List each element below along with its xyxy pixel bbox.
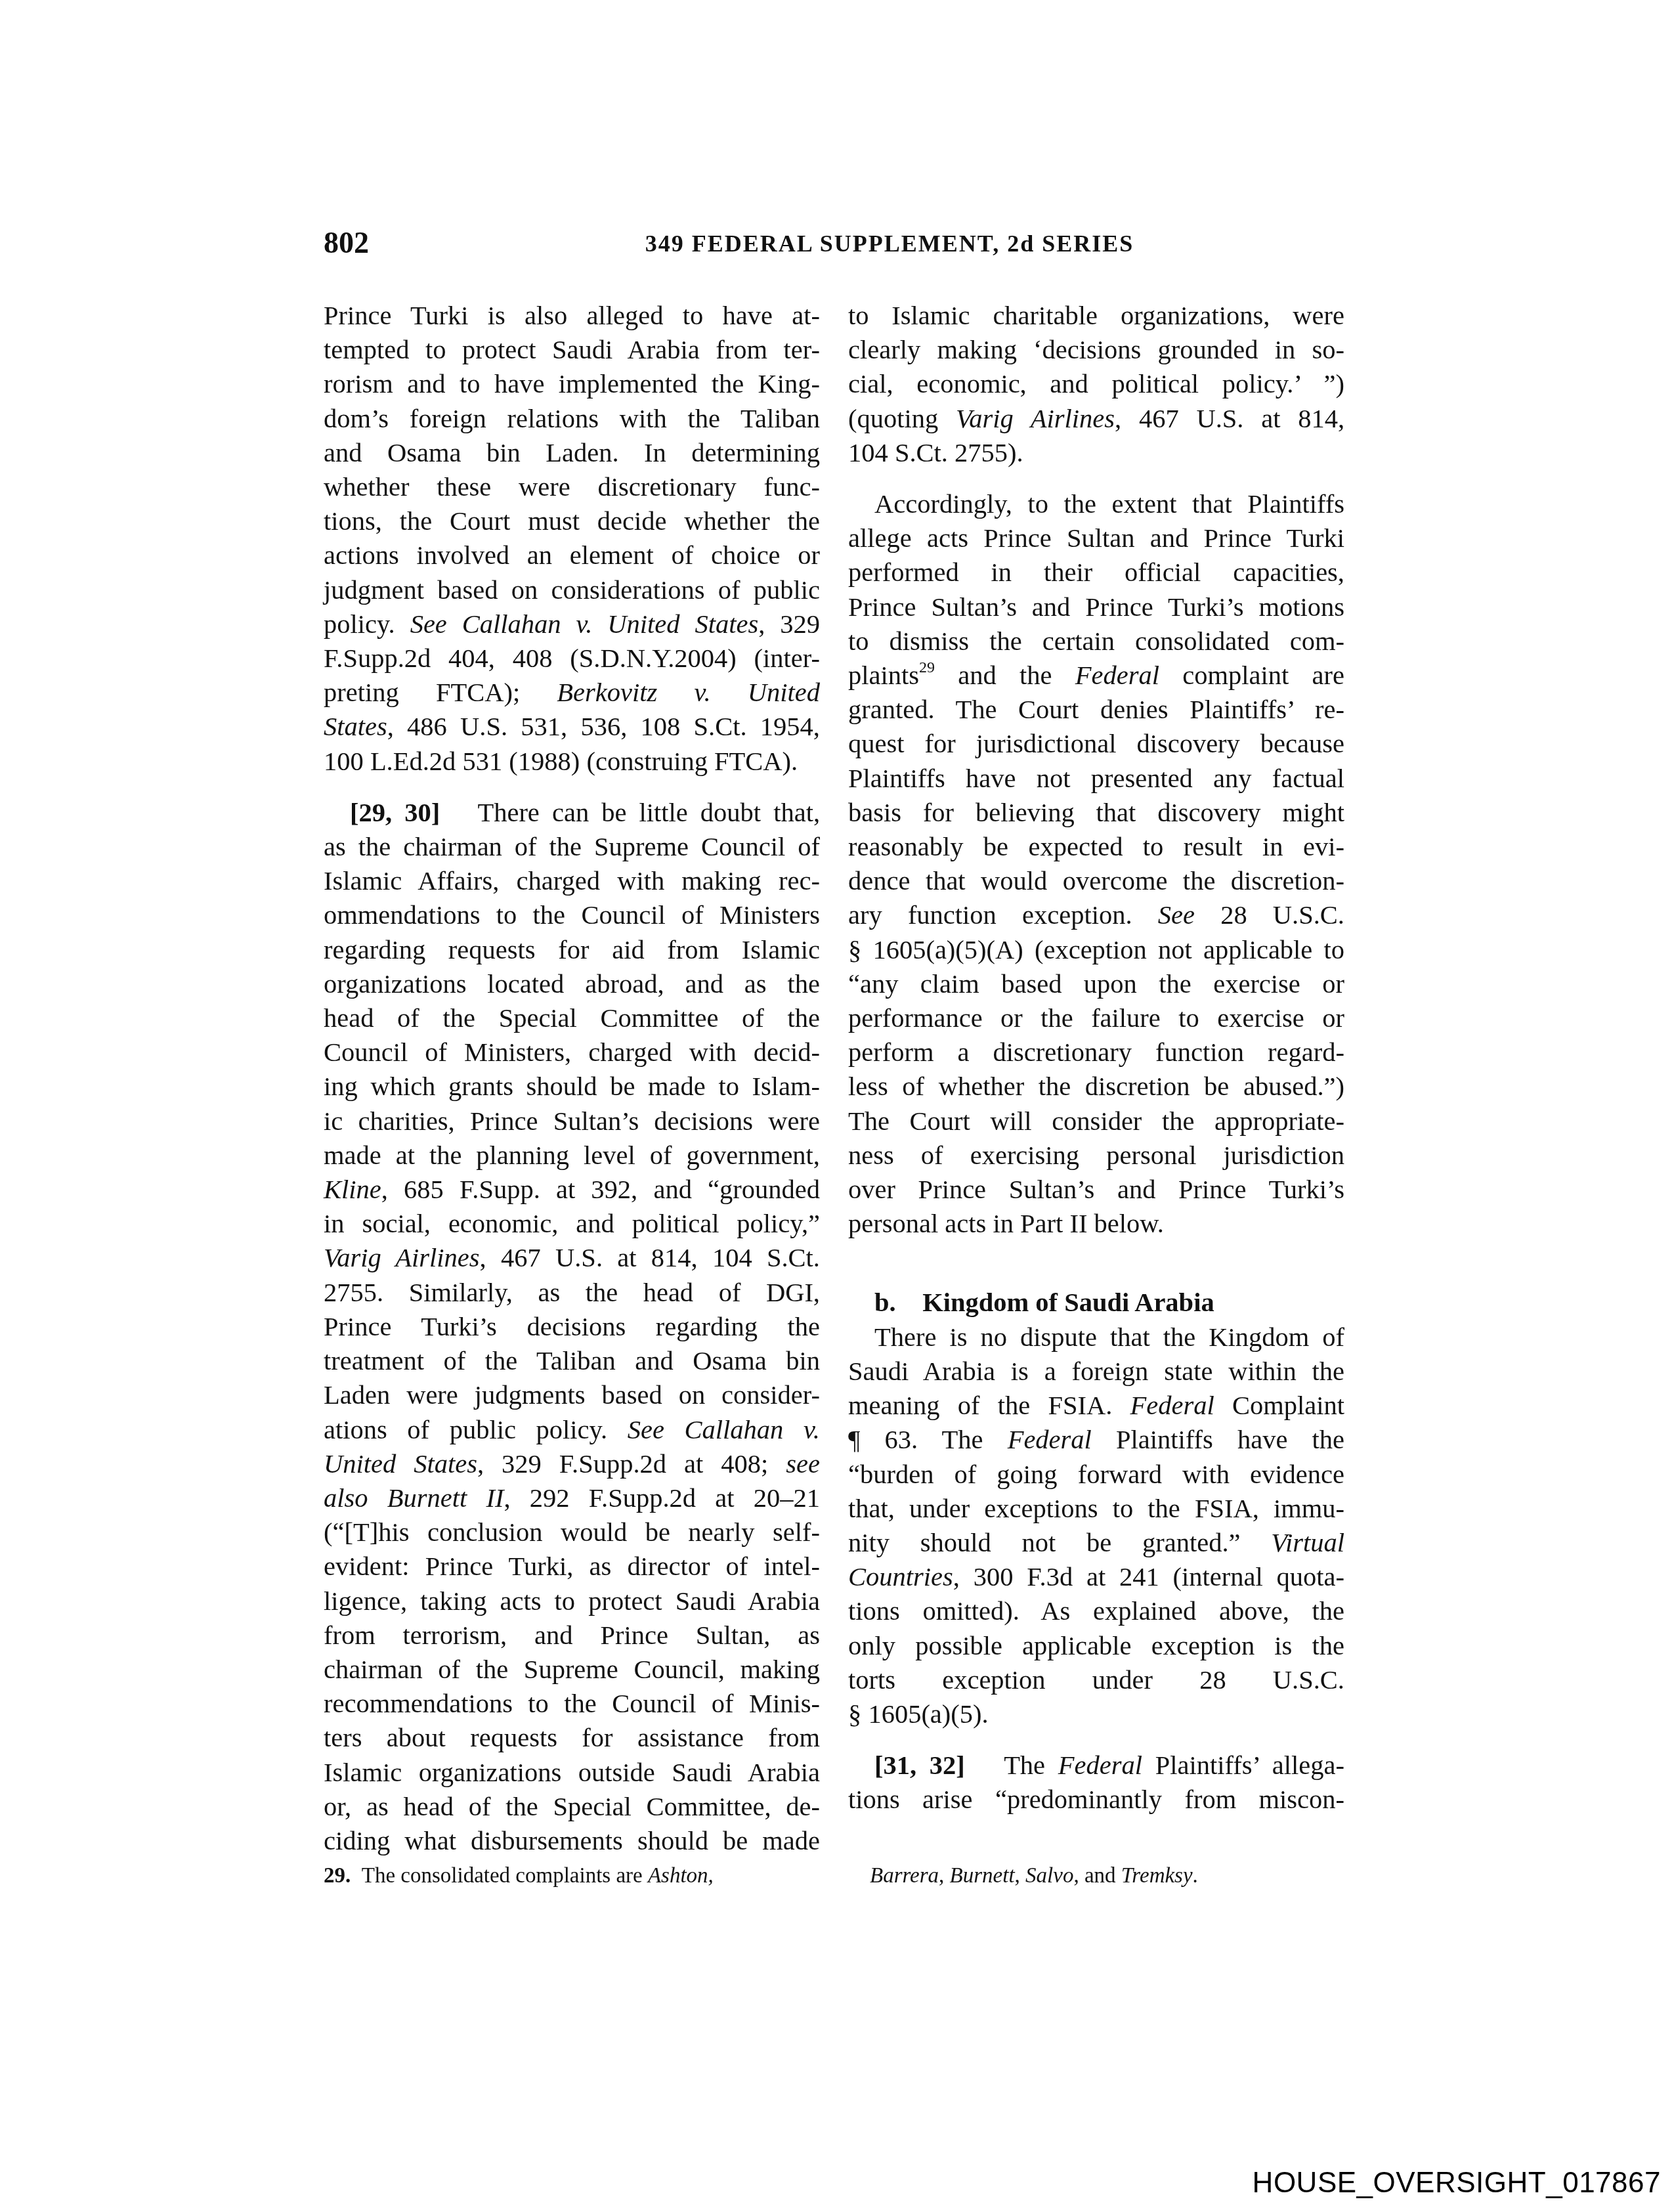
text-line: 2755. Similarly, as the head of DGI, (324, 1276, 820, 1310)
text-line: Accordingly, to the extent that Plaintif… (848, 487, 1344, 521)
text-line: dom’s foreign relations with the Taliban (324, 402, 820, 436)
text-line: or, as head of the Special Committee, de… (324, 1790, 820, 1824)
text-line: tions omitted). As explained above, the (848, 1594, 1344, 1628)
text-line: regarding requests for aid from Islamic (324, 933, 820, 967)
text-line: Countries, 300 F.3d at 241 (internal quo… (848, 1560, 1344, 1594)
text-line: to Islamic charitable organizations, wer… (848, 299, 1344, 333)
text-line: rorism and to have implemented the King- (324, 367, 820, 401)
text-line: Islamic Affairs, charged with making rec… (324, 864, 820, 898)
text-line: as the chairman of the Supreme Council o… (324, 830, 820, 864)
paragraph: [29, 30] There can be little doubt that,… (324, 796, 820, 1858)
paragraph: [31, 32] The Federal Plaintiffs’ allega-… (848, 1748, 1344, 1817)
text-line: F.Supp.2d 404, 408 (S.D.N.Y.2004) (inter… (324, 641, 820, 676)
footnote-text: The consolidated complaints are (362, 1864, 643, 1888)
footnote-number: 29. (324, 1864, 351, 1888)
text-line: in social, economic, and political polic… (324, 1207, 820, 1241)
text-line: policy. See Callahan v. United States, 3… (324, 607, 820, 641)
text-line: ic charities, Prince Sultan’s decisions … (324, 1104, 820, 1139)
running-header-title: 349 FEDERAL SUPPLEMENT, 2d SERIES (0, 230, 1674, 257)
text-line: Laden were judgments based on consider- (324, 1378, 820, 1412)
text-line: granted. The Court denies Plaintiffs’ re… (848, 693, 1344, 727)
text-line: personal acts in Part II below. (848, 1207, 1344, 1241)
text-line: and Osama bin Laden. In determining (324, 436, 820, 470)
text-line: perform a discretionary function regard- (848, 1035, 1344, 1070)
text-line: cial, economic, and political policy.’ ”… (848, 367, 1344, 401)
text-line: Saudi Arabia is a foreign state within t… (848, 1355, 1344, 1389)
footnote-29: 29. The consolidated complaints are Asht… (324, 1861, 820, 1890)
paragraph: to Islamic charitable organizations, wer… (848, 299, 1344, 470)
text-line: only possible applicable exception is th… (848, 1629, 1344, 1663)
section-heading: b. Kingdom of Saudi Arabia (848, 1286, 1344, 1320)
footnote-29-continued: Barrera, Burnett, Salvo, and Tremksy. (870, 1861, 1342, 1890)
text-line: tions, the Court must decide whether the (324, 504, 820, 538)
text-line: ligence, taking acts to protect Saudi Ar… (324, 1584, 820, 1618)
text-line: actions involved an element of choice or (324, 538, 820, 573)
text-line: § 1605(a)(5)(A) (exception not applicabl… (848, 933, 1344, 967)
text-line: ters about requests for assistance from (324, 1721, 820, 1755)
text-line: evident: Prince Turki, as director of in… (324, 1550, 820, 1584)
headnote-number: [29, 30] (350, 798, 440, 827)
text-line: basis for believing that discovery might (848, 796, 1344, 830)
text-line: preting FTCA); Berkovitz v. United (324, 676, 820, 710)
text-line: [29, 30] There can be little doubt that, (324, 796, 820, 830)
text-line: ary function exception. See 28 U.S.C. (848, 898, 1344, 932)
footnote-text-continued: Barrera, Burnett, Salvo, and Tremksy. (870, 1864, 1198, 1888)
text-line: ¶ 63. The Federal Plaintiffs have the (848, 1423, 1344, 1457)
text-line: [31, 32] The Federal Plaintiffs’ allega- (848, 1748, 1344, 1783)
headnote-number: [31, 32] (874, 1750, 965, 1780)
text-line: The Court will consider the appropriate- (848, 1104, 1344, 1139)
text-line: quest for jurisdictional discovery becau… (848, 727, 1344, 761)
text-line: chairman of the Supreme Council, making (324, 1653, 820, 1687)
text-line: tempted to protect Saudi Arabia from ter… (324, 333, 820, 367)
section-title: Kingdom of Saudi Arabia (922, 1288, 1214, 1317)
bates-stamp: HOUSE_OVERSIGHT_017867 (1253, 2167, 1661, 2200)
text-line: (quoting Varig Airlines, 467 U.S. at 814… (848, 402, 1344, 436)
text-line: Islamic organizations outside Saudi Arab… (324, 1756, 820, 1790)
text-line: meaning of the FSIA. Federal Complaint (848, 1389, 1344, 1423)
text-line: allege acts Prince Sultan and Prince Tur… (848, 521, 1344, 555)
text-line: ations of public policy. See Callahan v. (324, 1413, 820, 1447)
text-line: Prince Sultan’s and Prince Turki’s motio… (848, 590, 1344, 624)
section-label: b. (874, 1288, 896, 1317)
text-line: also Burnett II, 292 F.Supp.2d at 20–21 (324, 1481, 820, 1515)
text-line: Prince Turki is also alleged to have at- (324, 299, 820, 333)
text-line: (“[T]his conclusion would be nearly self… (324, 1515, 820, 1550)
left-column: Prince Turki is also alleged to have at-… (324, 299, 820, 1858)
paragraph: Accordingly, to the extent that Plaintif… (848, 487, 1344, 1241)
text-line: to dismiss the certain consolidated com- (848, 624, 1344, 659)
text-line: whether these were discretionary func- (324, 470, 820, 504)
text-line: Varig Airlines, 467 U.S. at 814, 104 S.C… (324, 1241, 820, 1275)
text-line: over Prince Sultan’s and Prince Turki’s (848, 1173, 1344, 1207)
text-line: ommendations to the Council of Ministers (324, 898, 820, 932)
text-line: ing which grants should be made to Islam… (324, 1070, 820, 1104)
text-line: ciding what disbursements should be made (324, 1824, 820, 1858)
text-line: clearly making ‘decisions grounded in so… (848, 333, 1344, 367)
text-line: torts exception under 28 U.S.C. (848, 1663, 1344, 1697)
text-line: reasonably be expected to result in evi- (848, 830, 1344, 864)
text-line: dence that would overcome the discretion… (848, 864, 1344, 898)
paragraph: Prince Turki is also alleged to have at-… (324, 299, 820, 779)
footnote-italic-name: Ashton, (648, 1864, 714, 1888)
text-line: performed in their official capacities, (848, 555, 1344, 590)
text-line: made at the planning level of government… (324, 1139, 820, 1173)
text-line: tions arise “predominantly from miscon- (848, 1783, 1344, 1817)
text-line: judgment based on considerations of publ… (324, 573, 820, 607)
text-line: less of whether the discretion be abused… (848, 1070, 1344, 1104)
text-line: plaints29 and the Federal complaint are (848, 659, 1344, 693)
right-column: to Islamic charitable organizations, wer… (848, 299, 1344, 1817)
text-line: There is no dispute that the Kingdom of (848, 1320, 1344, 1355)
text-line: recommendations to the Council of Minis- (324, 1687, 820, 1721)
text-line: United States, 329 F.Supp.2d at 408; see (324, 1447, 820, 1481)
text-line: performance or the failure to exercise o… (848, 1001, 1344, 1035)
text-line: nity should not be granted.” Virtual (848, 1526, 1344, 1560)
text-line-content: The Federal Plaintiffs’ allega- (1004, 1750, 1344, 1780)
text-line: that, under exceptions to the FSIA, immu… (848, 1492, 1344, 1526)
text-line: from terrorism, and Prince Sultan, as (324, 1618, 820, 1653)
text-line: “any claim based upon the exercise or (848, 967, 1344, 1001)
text-line: Council of Ministers, charged with decid… (324, 1035, 820, 1070)
text-line: ness of exercising personal jurisdiction (848, 1139, 1344, 1173)
text-line: organizations located abroad, and as the (324, 967, 820, 1001)
text-line: head of the Special Committee of the (324, 1001, 820, 1035)
text-line: States, 486 U.S. 531, 536, 108 S.Ct. 195… (324, 710, 820, 744)
text-line: treatment of the Taliban and Osama bin (324, 1344, 820, 1378)
paragraph: There is no dispute that the Kingdom of … (848, 1320, 1344, 1731)
text-line: § 1605(a)(5). (848, 1697, 1344, 1731)
text-line: Plaintiffs have not presented any factua… (848, 762, 1344, 796)
text-line: Prince Turki’s decisions regarding the (324, 1310, 820, 1344)
text-line-content: There can be little doubt that, (477, 798, 820, 827)
text-line: “burden of going forward with evidence (848, 1458, 1344, 1492)
text-line: 100 L.Ed.2d 531 (1988) (construing FTCA)… (324, 745, 820, 779)
text-line: 104 S.Ct. 2755). (848, 436, 1344, 470)
text-line: Kline, 685 F.Supp. at 392, and “grounded (324, 1173, 820, 1207)
